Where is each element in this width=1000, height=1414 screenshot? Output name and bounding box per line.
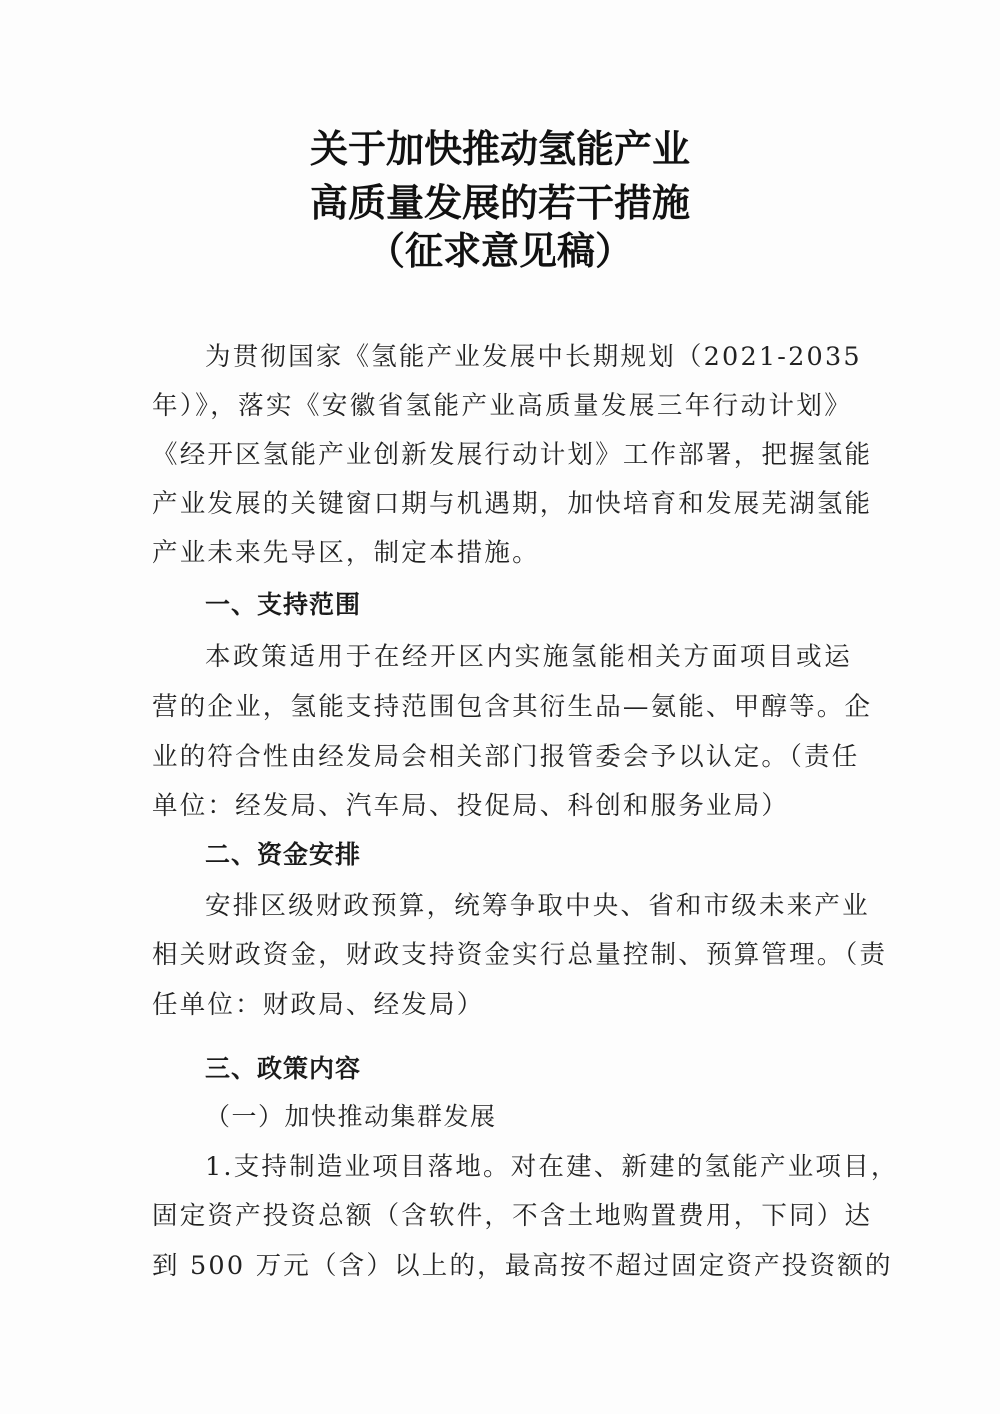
section-2-line-2: 相关财政资金，财政支持资金实行总量控制、预算管理。（责 — [152, 938, 852, 972]
section-2-heading: 二、资金安排 — [205, 838, 361, 872]
section-1-line-1: 本政策适用于在经开区内实施氢能相关方面项目或运 — [205, 640, 852, 674]
section-3-line-3: 到 500 万元（含）以上的，最高按不超过固定资产投资额的 — [152, 1249, 852, 1283]
section-1-heading: 一、支持范围 — [205, 588, 361, 622]
section-2-line-3: 任单位：财政局、经发局） — [152, 988, 852, 1022]
section-3-heading: 三、政策内容 — [205, 1052, 361, 1086]
section-2-line-1: 安排区级财政预算，统筹争取中央、省和市级未来产业 — [205, 889, 852, 923]
document-title-line-1: 关于加快推动氢能产业 — [0, 120, 1000, 178]
section-1-line-2: 营的企业，氢能支持范围包含其衍生品—氨能、甲醇等。企 — [152, 690, 852, 724]
document-page: 关于加快推动氢能产业 高质量发展的若干措施 （征求意见稿） 为贯彻国家《氢能产业… — [0, 0, 1000, 1414]
intro-line-2: 年）》，落实《安徽省氢能产业高质量发展三年行动计划》 — [152, 389, 852, 423]
intro-line-3: 《经开区氢能产业创新发展行动计划》工作部署，把握氢能 — [152, 438, 852, 472]
section-1-line-4: 单位：经发局、汽车局、投促局、科创和服务业局） — [152, 789, 852, 823]
document-title-line-3: （征求意见稿） — [0, 222, 1000, 280]
section-1-line-3: 业的符合性由经发局会相关部门报管委会予以认定。（责任 — [152, 740, 852, 774]
intro-line-1: 为贯彻国家《氢能产业发展中长期规划（2021-2035 — [205, 340, 852, 374]
intro-line-4: 产业发展的关键窗口期与机遇期，加快培育和发展芜湖氢能 — [152, 487, 852, 521]
section-3-line-2: 固定资产投资总额（含软件，不含土地购置费用，下同）达 — [152, 1199, 852, 1233]
section-3-line-1: 1.支持制造业项目落地。对在建、新建的氢能产业项目， — [205, 1150, 852, 1184]
section-3-subheading: （一）加快推动集群发展 — [205, 1100, 497, 1134]
intro-line-5: 产业未来先导区，制定本措施。 — [152, 536, 852, 570]
